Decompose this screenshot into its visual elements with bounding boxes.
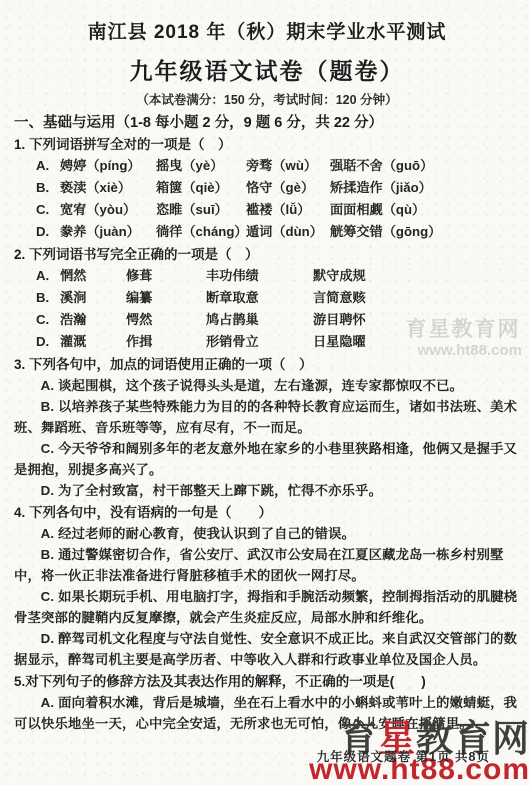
watermark-site-name: 育星教育网: [406, 318, 522, 342]
option-cell: 面面相觑（qù）: [330, 199, 425, 221]
q1-option-row-d: D. 豢养（juàn） 徜徉（cháng） 遁词（dùn） 觥筹交错（gōng）: [14, 221, 520, 243]
question-5-stem: 5.对下列句子的修辞方法及其表达作用的解释，不正确的一项是( ): [14, 671, 520, 692]
option-cell: 宽宥（yòu）: [60, 199, 156, 221]
q3-option-d: D. 为了全村致富，村干部整天上蹿下跳，忙得不亦乐乎。: [14, 480, 520, 501]
question-1-stem: 1. 下列词语拼写全对的一项是（ ）: [14, 134, 520, 155]
paper-title: 九年级语文试卷（题卷）: [14, 55, 520, 87]
option-cell: 溪涧: [60, 287, 126, 309]
option-cell: 言简意赅: [313, 287, 366, 309]
watermark-site-url: www.ht88.com: [406, 342, 522, 360]
option-cell: 娉婷（píng）: [60, 155, 156, 177]
option-cell: 恪守（gè）: [246, 177, 330, 199]
option-cell: 豢养（juàn）: [60, 221, 156, 243]
option-cell: 惘然: [60, 265, 126, 287]
q4-option-a: A. 经过老师的耐心教育，使我认识到了自己的错误。: [14, 523, 520, 544]
score-time-info: （本试卷满分：150 分，考试时间：120 分钟）: [14, 92, 520, 109]
option-label: A.: [36, 265, 60, 287]
question-4-stem: 4. 下列各句中，没有语病的一句是（ ）: [14, 502, 520, 523]
option-cell: 亵渎（xiè）: [60, 177, 156, 199]
option-label: D.: [36, 221, 60, 243]
exam-title: 南江县 2018 年（秋）期末学业水平测试: [14, 20, 520, 46]
option-cell: 愕然: [126, 309, 206, 331]
option-cell: 作揖: [126, 331, 206, 353]
scanned-exam-page: 育星教育网 www.ht88.com 南江县 2018 年（秋）期末学业水平测试…: [0, 0, 530, 785]
option-cell: 游目聘怀: [313, 309, 366, 331]
option-cell: 觥筹交错（gōng）: [330, 221, 441, 243]
option-cell: 遁词（dùn）: [246, 221, 330, 243]
option-cell: 旁骛（wù）: [246, 155, 330, 177]
option-cell: 形销骨立: [206, 331, 313, 353]
option-cell: 徜徉（cháng）: [156, 221, 246, 243]
q2-option-row-a: A. 惘然 修葺 丰功伟绩 默守成规: [14, 265, 520, 287]
q4-option-b: B. 通过警媒密切合作，省公安厅、武汉市公安局在江夏区藏龙岛一栋乡村别墅中，将一…: [14, 544, 520, 586]
option-cell: 灌溉: [60, 331, 126, 353]
q3-option-b: B. 以培养孩子某些特殊能力为目的的各种特长教育应运而生，诸如书法班、美术班、舞…: [14, 396, 520, 438]
option-cell: 摇曳（yè）: [156, 155, 246, 177]
option-cell: 日星隐曜: [313, 331, 366, 353]
option-label: C.: [36, 199, 60, 221]
q4-option-d: D. 醉驾司机文化程度与守法自觉性、安全意识不成正比。来自武汉交管部门的数据显示…: [14, 628, 520, 670]
option-cell: 断章取意: [206, 287, 313, 309]
footer-page-label: 九年级语文题卷 第1页 共8页: [317, 747, 490, 765]
q1-option-row-b: B. 亵渎（xiè） 箱箧（qiè） 恪守（gè） 矫揉造作（jiǎo）: [14, 177, 520, 199]
option-label: C.: [36, 309, 60, 331]
q1-option-row-a: A. 娉婷（píng） 摇曳（yè） 旁骛（wù） 强聒不舍（guō）: [14, 155, 520, 177]
watermark-mid: 育星教育网 www.ht88.com: [406, 318, 522, 360]
option-cell: 矫揉造作（jiǎo）: [330, 177, 432, 199]
q1-option-row-c: C. 宽宥（yòu） 恣睢（suī） 褴褛（lǚ） 面面相觑（qù）: [14, 199, 520, 221]
q4-option-c: C. 如果长期玩手机、用电脑打字，拇指和手腕活动频繁，控制拇指活动的肌腱桡骨茎突…: [14, 586, 520, 628]
option-cell: 强聒不舍（guō）: [330, 155, 433, 177]
q3-option-c: C. 今天爷爷和阔别多年的老友意外地在家乡的小巷里狭路相逢，他俩又是握手又是拥抱…: [14, 438, 520, 480]
option-cell: 编纂: [126, 287, 206, 309]
option-label: B.: [36, 287, 60, 309]
option-cell: 鸠占鹊巢: [206, 309, 313, 331]
section-heading: 一、基础与运用（1-8 每小题 2 分，9 题 6 分，共 22 分）: [14, 113, 520, 133]
option-cell: 修葺: [126, 265, 206, 287]
option-cell: 恣睢（suī）: [156, 199, 246, 221]
q3-option-a: A. 谈起围棋，这个孩子说得头头是道，左右逢源，连专家都惊叹不已。: [14, 375, 520, 396]
q2-option-row-b: B. 溪涧 编纂 断章取意 言简意赅: [14, 287, 520, 309]
option-cell: 丰功伟绩: [206, 265, 313, 287]
question-2-stem: 2. 下列词语书写完全正确的一项是（ ）: [14, 244, 520, 265]
option-cell: 浩瀚: [60, 309, 126, 331]
option-label: B.: [36, 177, 60, 199]
option-cell: 褴褛（lǚ）: [246, 199, 330, 221]
option-cell: 箱箧（qiè）: [156, 177, 246, 199]
option-label: A.: [36, 155, 60, 177]
option-label: D.: [36, 331, 60, 353]
option-cell: 默守成规: [313, 265, 366, 287]
